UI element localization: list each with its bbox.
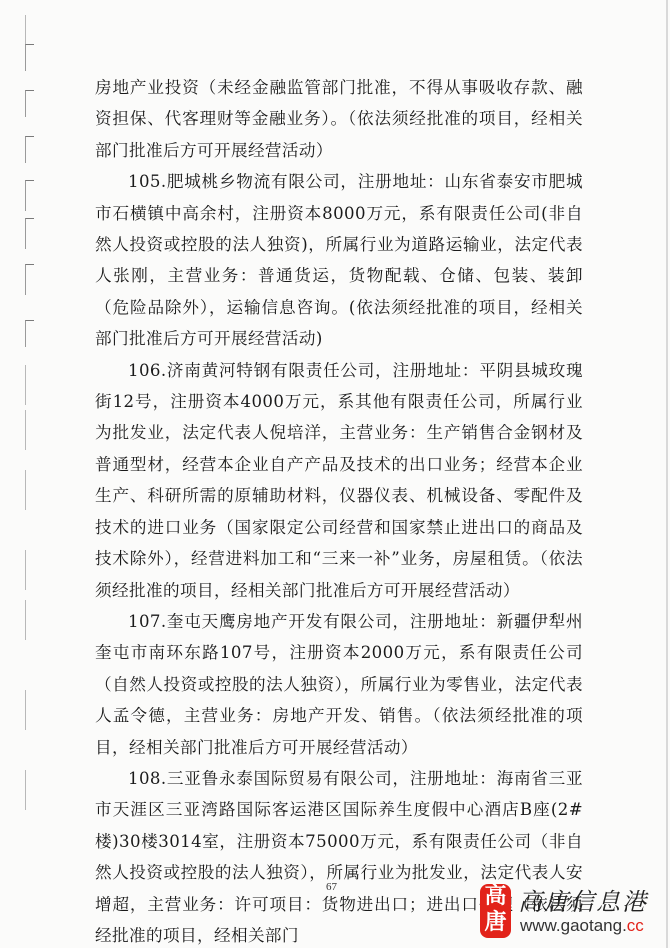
binding-line <box>25 550 26 590</box>
document-body: 房地产业投资（未经金融监管部门批准，不得从事吸收存款、融资担保、代客理财等金融业… <box>95 72 583 948</box>
binding-line <box>25 365 26 405</box>
paragraph-continuation: 房地产业投资（未经金融监管部门批准，不得从事吸收存款、融资担保、代客理财等金融业… <box>95 72 583 166</box>
paragraph-item-107: 107.奎屯天鹰房地产开发有限公司，注册地址：新疆伊犁州奎屯市南环东路107号，… <box>95 606 583 763</box>
binding-mark <box>25 218 34 249</box>
binding-mark <box>25 320 34 347</box>
binding-line <box>25 410 26 450</box>
document-page: 房地产业投资（未经金融监管部门批准，不得从事吸收存款、融资担保、代客理财等金融业… <box>0 0 670 948</box>
binding-mark <box>25 180 34 211</box>
watermark-name: 高唐信息港 <box>518 882 648 917</box>
seal-char: 高 <box>480 884 511 910</box>
page-edge-shadow <box>666 0 668 948</box>
binding-line <box>25 690 26 730</box>
watermark-logo: 高 唐 高唐信息港 www.gaotang.cc <box>476 880 670 942</box>
binding-mark <box>25 264 34 295</box>
watermark-url: www.gaotang.cc <box>520 916 644 936</box>
watermark-url-main: www.gaotang. <box>520 916 627 935</box>
binding-mark <box>25 90 34 117</box>
seal-char: 唐 <box>480 910 511 936</box>
page-number: 67 <box>326 881 337 893</box>
binding-line <box>25 770 26 810</box>
binding-line <box>25 15 26 45</box>
binding-line <box>25 470 26 510</box>
paragraph-item-106: 106.济南黄河特钢有限责任公司，注册地址：平阴县城玫瑰街12号，注册资本400… <box>95 355 583 606</box>
binding-mark <box>25 136 34 163</box>
binding-mark <box>25 44 34 71</box>
paragraph-item-105: 105.肥城桃乡物流有限公司，注册地址：山东省泰安市肥城市石横镇中高余村，注册资… <box>95 166 583 354</box>
watermark-url-tld: cc <box>627 916 644 935</box>
seal-logo-icon: 高 唐 <box>480 884 511 938</box>
binding-line <box>25 600 26 640</box>
